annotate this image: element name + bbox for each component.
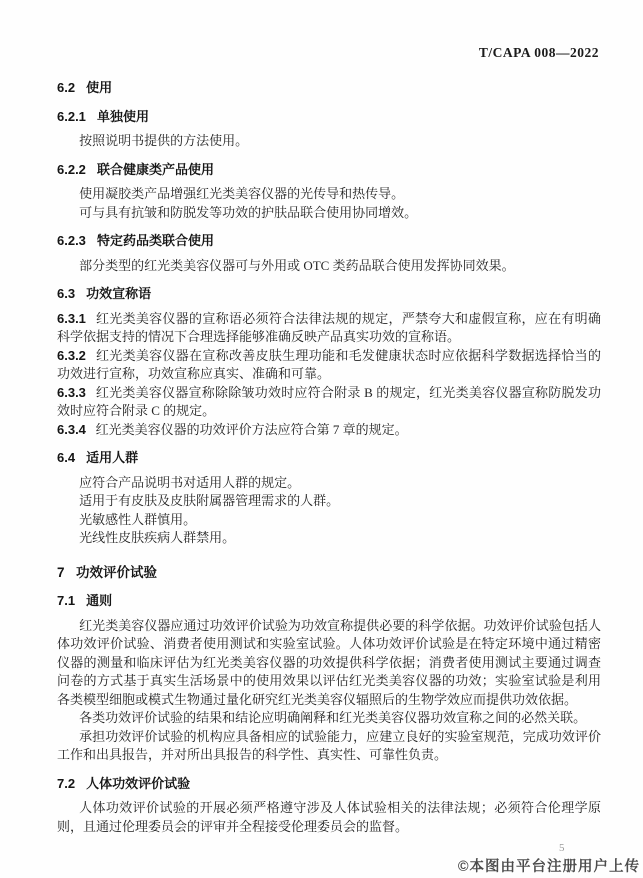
section-title: 功效宣称语 <box>86 286 151 301</box>
paragraph: 红光类美容仪器应通过功效评价试验为功效宣称提供必要的科学依据。功效评价试验包括人… <box>57 617 601 710</box>
section-number: 6.2 <box>57 80 75 95</box>
section-title: 特定药品类联合使用 <box>97 233 214 248</box>
section-heading-6.2.3: 6.2.3特定药品类联合使用 <box>57 232 601 251</box>
paragraph: 各类功效评价试验的结果和结论应明确阐释和红光类美容仪器功效宣称之间的必然关联。 <box>57 709 601 728</box>
document-body: 6.2使用6.2.1单独使用按照说明书提供的方法使用。6.2.2联合健康类产品使… <box>57 79 601 836</box>
section-title: 适用人群 <box>86 450 138 465</box>
paragraph-text: 使用凝胶类产品增强红光类美容仪器的光传导和热传导。 <box>79 186 404 201</box>
standard-number-header: T/CAPA 008—2022 <box>479 45 599 61</box>
section-number: 6.3.3 <box>57 385 86 400</box>
section-number: 6.2.2 <box>57 162 86 177</box>
section-title: 使用 <box>86 80 112 95</box>
paragraph-text: 承担功效评价试验的机构应具备相应的试验能力，应建立良好的实验室规范，完成功效评价… <box>57 729 601 763</box>
section-number: 6.3.4 <box>57 422 86 437</box>
paragraph-text: 人体功效评价试验的开展必须严格遵守涉及人体试验相关的法律法规；必须符合伦理学原则… <box>57 800 601 834</box>
paragraph-text: 应符合产品说明书对适用人群的规定。 <box>79 475 300 490</box>
section-heading-6.2: 6.2使用 <box>57 79 601 98</box>
section-number: 7.2 <box>57 776 75 791</box>
section-heading-7.2: 7.2人体功效评价试验 <box>57 775 601 794</box>
watermark: ©本图由平台注册用户上传 <box>458 855 640 876</box>
clause-6.3.4: 6.3.4红光类美容仪器的功效评价方法应符合第 7 章的规定。 <box>57 421 601 440</box>
section-heading-6.4: 6.4适用人群 <box>57 449 601 468</box>
section-number: 6.4 <box>57 450 75 465</box>
section-number: 7 <box>57 565 65 580</box>
paragraph-text: 适用于有皮肤及皮肤附属器管理需求的人群。 <box>79 493 339 508</box>
paragraph-text: 光线性皮肤疾病人群禁用。 <box>79 530 235 545</box>
section-title: 人体功效评价试验 <box>86 776 190 791</box>
section-title: 联合健康类产品使用 <box>97 162 214 177</box>
section-number: 7.1 <box>57 593 75 608</box>
page-number: 5 <box>559 842 565 854</box>
clause-6.3.3: 6.3.3红光类美容仪器宣称除除皱功效时应符合附录 B 的规定，红光类美容仪器宣… <box>57 384 601 421</box>
paragraph: 人体功效评价试验的开展必须严格遵守涉及人体试验相关的法律法规；必须符合伦理学原则… <box>57 799 601 836</box>
paragraph: 部分类型的红光类美容仪器可与外用或 OTC 类药品联合使用发挥协同效果。 <box>57 257 601 276</box>
paragraph: 应符合产品说明书对适用人群的规定。 <box>57 474 601 493</box>
document-page: T/CAPA 008—2022 6.2使用6.2.1单独使用按照说明书提供的方法… <box>0 0 643 878</box>
section-title: 单独使用 <box>97 109 149 124</box>
section-title: 功效评价试验 <box>76 565 157 580</box>
paragraph-text: 各类功效评价试验的结果和结论应明确阐释和红光类美容仪器功效宣称之间的必然关联。 <box>79 710 586 725</box>
paragraph: 按照说明书提供的方法使用。 <box>57 132 601 151</box>
paragraph: 光线性皮肤疾病人群禁用。 <box>57 529 601 548</box>
paragraph: 适用于有皮肤及皮肤附属器管理需求的人群。 <box>57 492 601 511</box>
section-heading-6.3: 6.3功效宣称语 <box>57 285 601 304</box>
clause-6.3.1: 6.3.1红光类美容仪器的宣称语必须符合法律法规的规定，严禁夸大和虚假宣称，应在… <box>57 310 601 347</box>
paragraph: 使用凝胶类产品增强红光类美容仪器的光传导和热传导。 <box>57 185 601 204</box>
paragraph: 承担功效评价试验的机构应具备相应的试验能力，应建立良好的实验室规范，完成功效评价… <box>57 728 601 765</box>
paragraph-text: 光敏感性人群慎用。 <box>79 512 196 527</box>
section-heading-7: 7功效评价试验 <box>57 564 601 583</box>
paragraph-text: 红光类美容仪器的功效评价方法应符合第 7 章的规定。 <box>96 422 408 437</box>
section-number: 6.2.1 <box>57 109 86 124</box>
paragraph-text: 红光类美容仪器宣称除除皱功效时应符合附录 B 的规定，红光类美容仪器宣称防脱发功… <box>57 385 601 419</box>
section-number: 6.3.1 <box>57 311 86 326</box>
paragraph-text: 部分类型的红光类美容仪器可与外用或 OTC 类药品联合使用发挥协同效果。 <box>79 258 515 273</box>
paragraph: 光敏感性人群慎用。 <box>57 511 601 530</box>
section-title: 通则 <box>86 593 112 608</box>
paragraph-text: 红光类美容仪器应通过功效评价试验为功效宣称提供必要的科学依据。功效评价试验包括人… <box>57 618 601 707</box>
clause-6.3.2: 6.3.2红光类美容仪器在宣称改善皮肤生理功能和毛发健康状态时应依据科学数据选择… <box>57 347 601 384</box>
paragraph-text: 红光类美容仪器在宣称改善皮肤生理功能和毛发健康状态时应依据科学数据选择恰当的功效… <box>57 348 601 382</box>
section-number: 6.3 <box>57 286 75 301</box>
section-number: 6.2.3 <box>57 233 86 248</box>
paragraph-text: 按照说明书提供的方法使用。 <box>79 133 248 148</box>
paragraph: 可与具有抗皱和防脱发等功效的护肤品联合使用协同增效。 <box>57 204 601 223</box>
paragraph-text: 可与具有抗皱和防脱发等功效的护肤品联合使用协同增效。 <box>79 205 417 220</box>
section-heading-6.2.2: 6.2.2联合健康类产品使用 <box>57 161 601 180</box>
section-heading-7.1: 7.1通则 <box>57 592 601 611</box>
paragraph-text: 红光类美容仪器的宣称语必须符合法律法规的规定，严禁夸大和虚假宣称，应在有明确科学… <box>57 311 601 345</box>
section-heading-6.2.1: 6.2.1单独使用 <box>57 108 601 127</box>
section-number: 6.3.2 <box>57 348 86 363</box>
